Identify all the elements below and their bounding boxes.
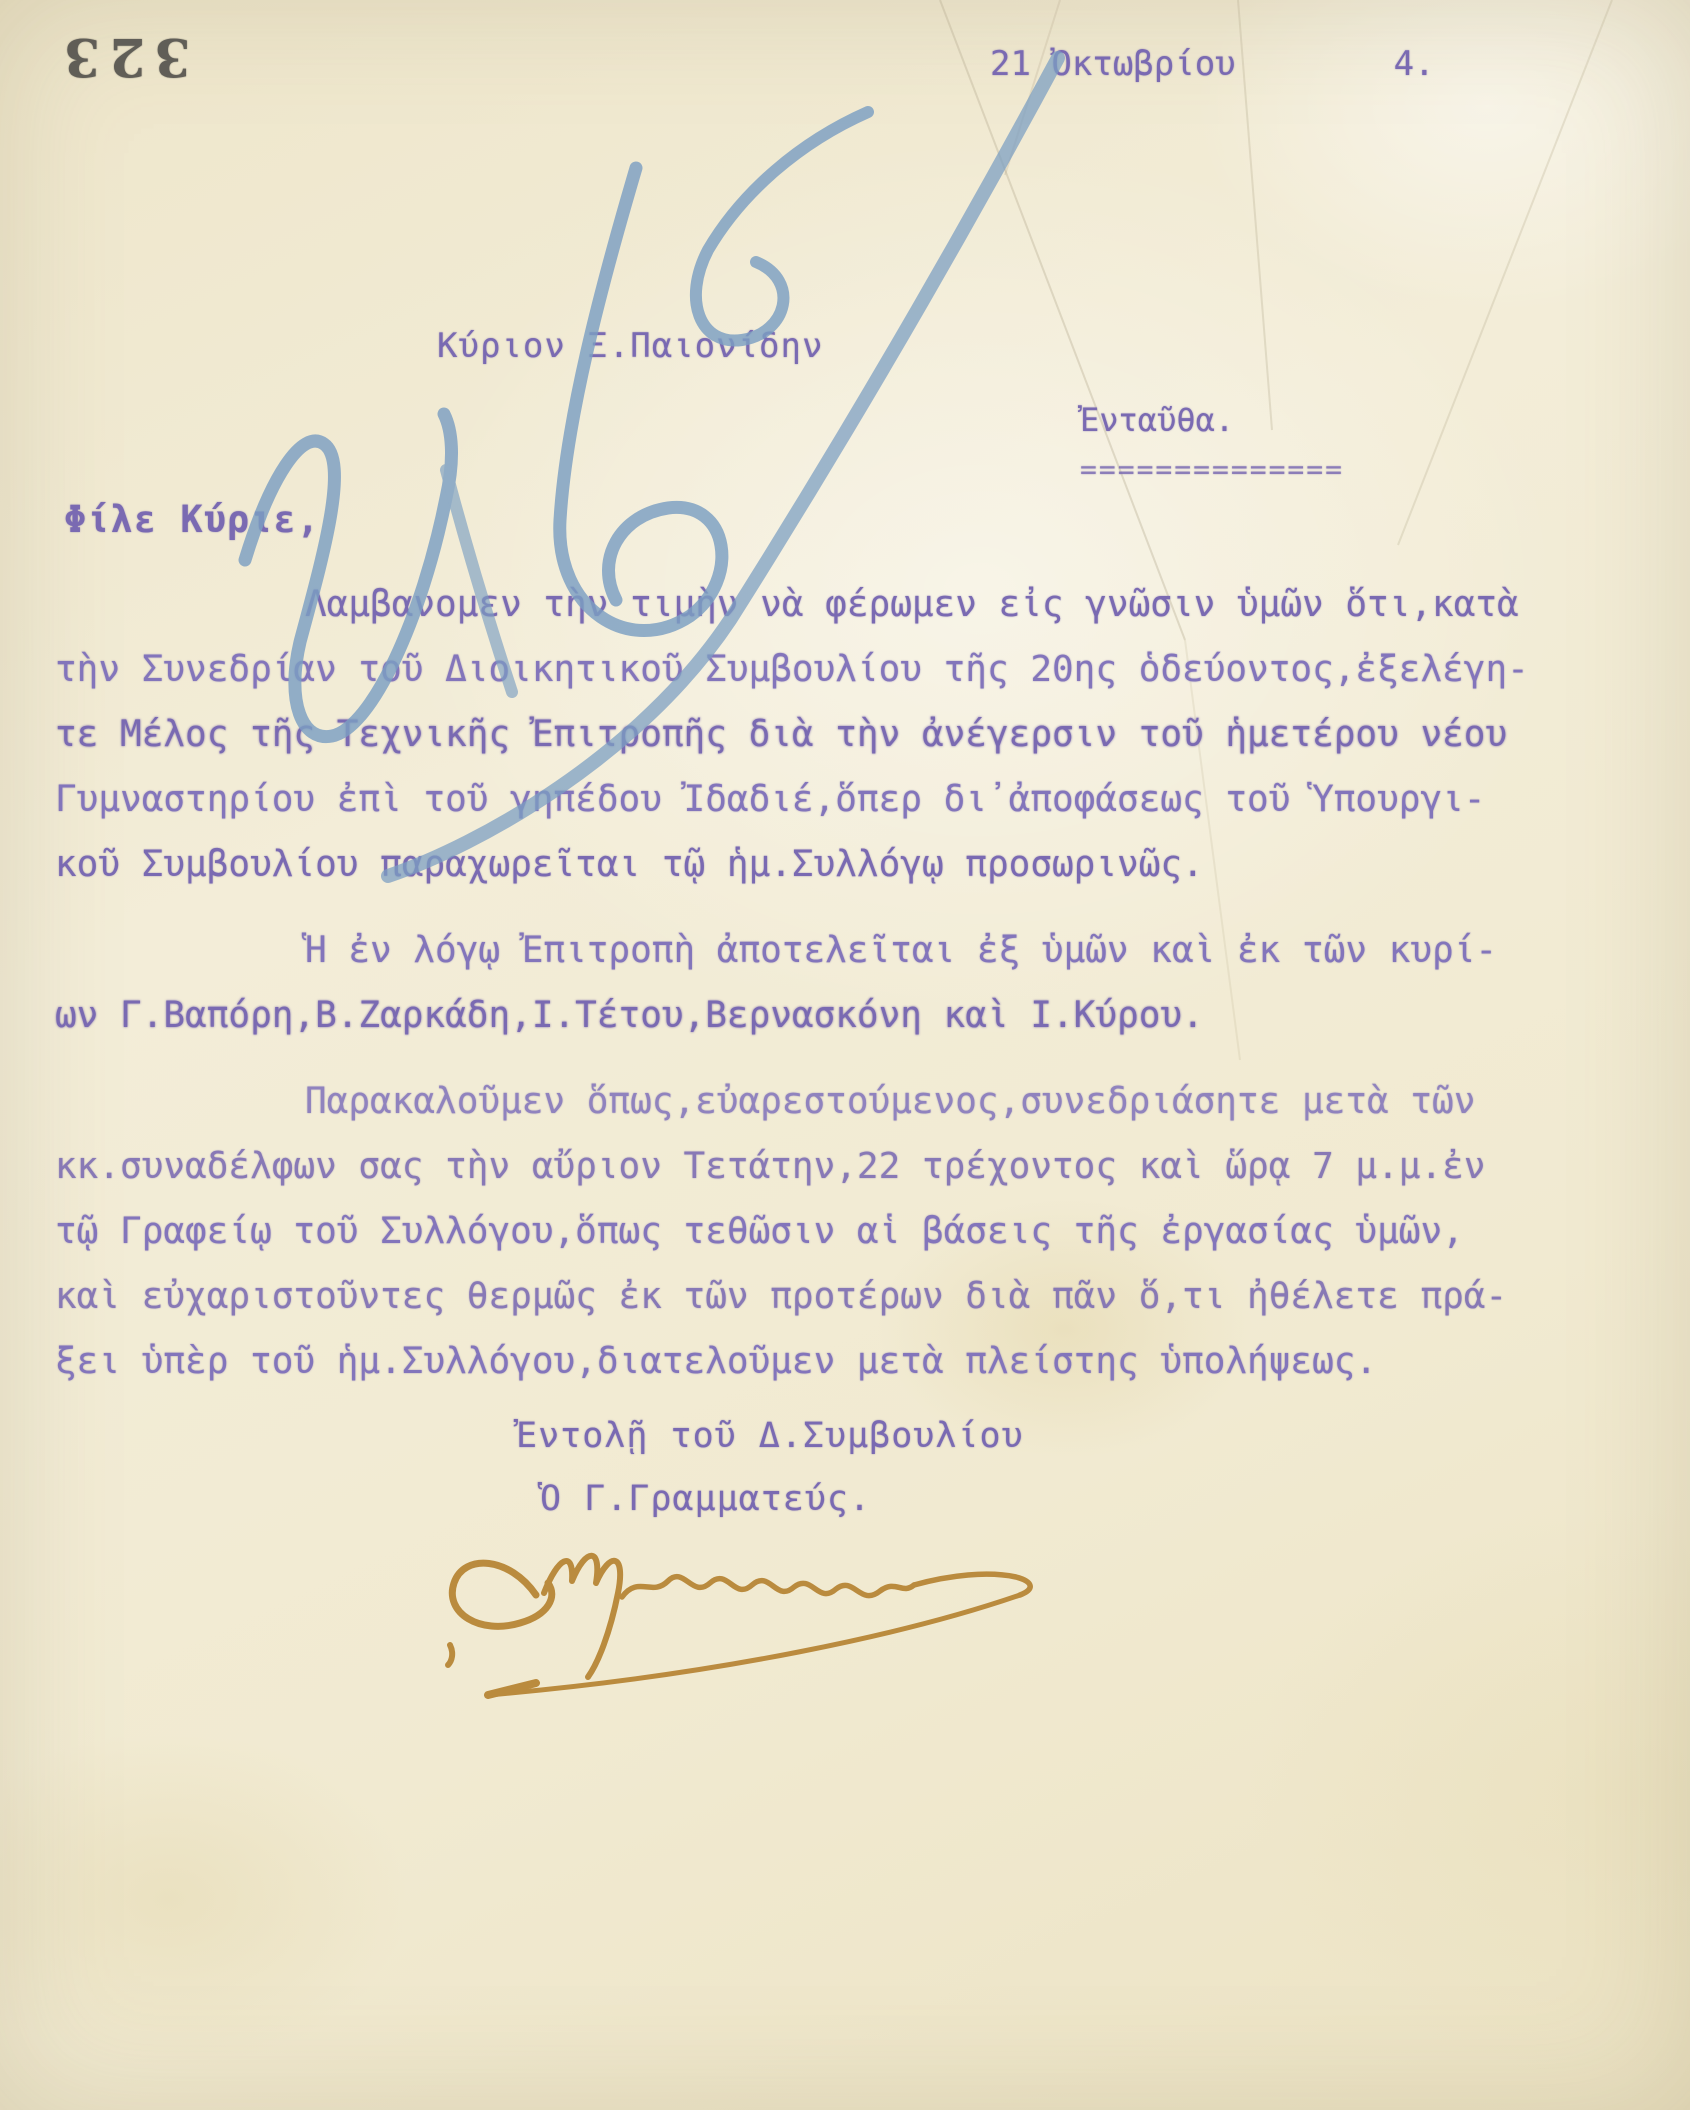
- body-line: Παρακαλοῦμεν ὅπως,εὐαρεστούμενος,συνεδρι…: [55, 1069, 1635, 1134]
- body-line: ων Γ.Βαπόρη,Β.Ζαρκάδη,Ι.Τέτου,Βερνασκόνη…: [55, 983, 1635, 1048]
- page-number-stamp: 323: [55, 26, 191, 87]
- body-line: τε Μέλος τῆς Τεχνικῆς Ἐπιτροπῆς διὰ τὴν …: [55, 702, 1635, 767]
- date-line: 21 Ὀκτωβρίου 4.: [990, 44, 1650, 84]
- body-line: κοῦ Συμβουλίου παραχωρεῖται τῷ ἡμ.Συλλόγ…: [55, 832, 1635, 897]
- closing-title: Ὁ Γ.Γραμματεύς.: [540, 1479, 871, 1519]
- date-number: 4.: [1394, 44, 1435, 84]
- date-text: 21 Ὀκτωβρίου: [990, 44, 1236, 84]
- body-line: Ἡ ἐν λόγῳ Ἐπιτροπὴ ἀποτελεῖται ἐξ ὑμῶν κ…: [55, 918, 1635, 983]
- body-line: κκ.συναδέλφων σας τὴν αὔριον Τετάτην,22 …: [55, 1134, 1635, 1199]
- signature: [440, 1535, 1060, 1720]
- body-line: Γυμναστηρίου ἐπὶ τοῦ γηπέδου Ἰδαδιέ,ὅπερ…: [55, 767, 1635, 832]
- recipient-name: Κύριον Ξ.Παιονίδην: [437, 326, 823, 366]
- place-underline: ==============: [1080, 445, 1344, 494]
- body-line: καὶ εὐχαριστοῦντες θερμῶς ἐκ τῶν προτέρω…: [55, 1264, 1635, 1329]
- scanned-letter-page: 323 21 Ὀκτωβρίου 4. Κύριον Ξ.Παιονίδην Ἐ…: [0, 0, 1690, 2110]
- body-line: τῷ Γραφείῳ τοῦ Συλλόγου,ὅπως τεθῶσιν αἱ …: [55, 1199, 1635, 1264]
- body-line: τὴν Συνεδρίαν τοῦ Διοικητικοῦ Συμβουλίου…: [55, 637, 1635, 702]
- recipient-place-block: Ἐνταῦθα. ==============: [1080, 396, 1344, 494]
- letter-body: Λαμβανομεν τὴν τιμὴν νὰ φέρωμεν εἰς γνῶσ…: [55, 572, 1635, 1394]
- body-line: Λαμβανομεν τὴν τιμὴν νὰ φέρωμεν εἰς γνῶσ…: [55, 572, 1635, 637]
- recipient-place: Ἐνταῦθα.: [1080, 396, 1344, 445]
- body-line: ξει ὑπὲρ τοῦ ἡμ.Συλλόγου,διατελοῦμεν μετ…: [55, 1329, 1635, 1394]
- closing-by-order: Ἐντολῇ τοῦ Δ.Συμβουλίου: [516, 1416, 1024, 1456]
- salutation: Φίλε Κύριε,: [64, 498, 320, 541]
